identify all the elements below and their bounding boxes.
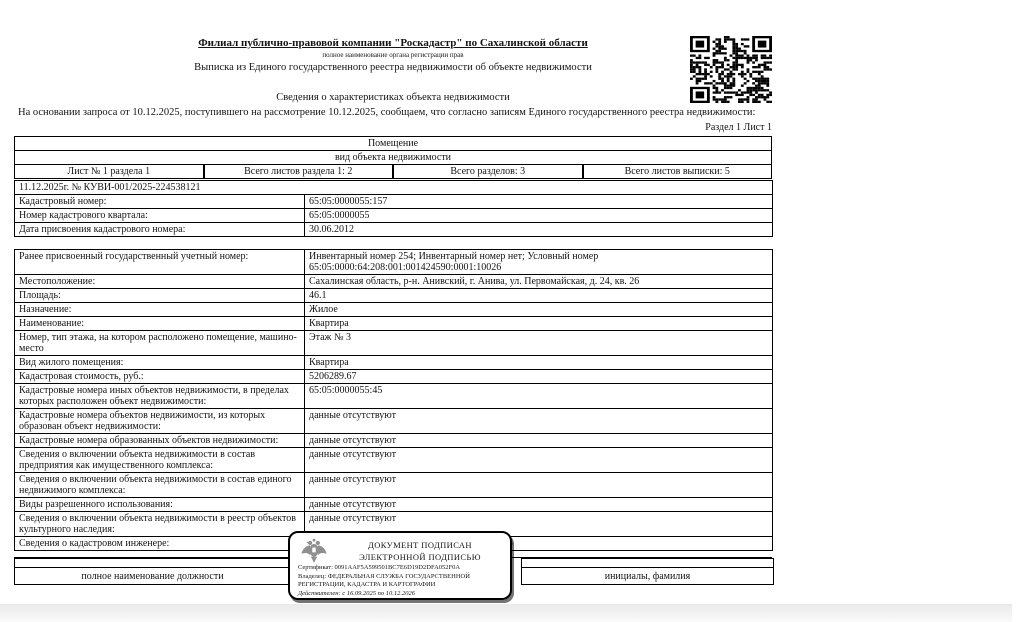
table-row: Номер, тип этажа, на котором расположено…: [15, 331, 773, 356]
table-row: Площадь:46.1: [15, 289, 773, 303]
row-value: Инвентарный номер 254; Инвентарный номер…: [305, 250, 773, 275]
row-label: Дата присвоения кадастрового номера:: [15, 223, 305, 237]
row-label: Кадастровые номера образованных объектов…: [15, 434, 305, 448]
row-label: Кадастровая стоимость, руб.:: [15, 370, 305, 384]
row-value: 46.1: [305, 289, 773, 303]
table-row: Кадастровые номера образованных объектов…: [15, 434, 773, 448]
table-row: Кадастровый номер:65:05:0000055:157: [15, 195, 773, 209]
row-value: данные отсутствуют: [305, 434, 773, 448]
table-row: Номер кадастрового квартала:65:05:000005…: [15, 209, 773, 223]
row-value: данные отсутствуют: [305, 409, 773, 434]
section-title: Сведения о характеристиках объекта недви…: [14, 92, 772, 103]
sheets-table: Лист № 1 раздела 1Всего листов раздела 1…: [14, 164, 772, 179]
row-value: Квартира: [305, 317, 773, 331]
position-title-box: полное наименование должности: [14, 558, 291, 585]
object-type-table: Помещение вид объекта недвижимости: [14, 136, 772, 165]
row-label: Номер кадастрового квартала:: [15, 209, 305, 223]
table-row: Лист № 1 раздела 1Всего листов раздела 1…: [14, 164, 772, 179]
row-value: Сахалинская область, р-н. Анивский, г. А…: [305, 275, 773, 289]
row-label: Сведения о включении объекта недвижимост…: [15, 473, 305, 498]
row-label: Кадастровые номера иных объектов недвижи…: [15, 384, 305, 409]
row-label: Сведения о кадастровом инженере:: [15, 537, 305, 551]
details-table: Ранее присвоенный государственный учетны…: [14, 249, 773, 551]
table-row: Назначение:Жилое: [15, 303, 773, 317]
row-label: Назначение:: [15, 303, 305, 317]
row-label: Кадастровые номера объектов недвижимости…: [15, 409, 305, 434]
row-label: Сведения о включении объекта недвижимост…: [15, 512, 305, 537]
row-value: данные отсутствуют: [305, 448, 773, 473]
row-value: 65:05:0000055: [305, 209, 773, 223]
document-page: Филиал публично-правовой компании "Роска…: [0, 0, 1023, 622]
stamp-owner: Владелец: ФЕДЕРАЛЬНАЯ СЛУЖБА ГОСУДАРСТВЕ…: [298, 573, 504, 590]
sheet-counter-cell: Лист № 1 раздела 1: [14, 164, 204, 179]
table-row: Кадастровая стоимость, руб.:5206289.67: [15, 370, 773, 384]
row-value: 30.06.2012: [305, 223, 773, 237]
initials-surname-box: инициалы, фамилия: [521, 558, 774, 585]
row-label: Площадь:: [15, 289, 305, 303]
object-type: Помещение: [15, 137, 772, 151]
row-value: Этаж № 3: [305, 331, 773, 356]
table-row: Сведения о включении объекта недвижимост…: [15, 448, 773, 473]
row-value: данные отсутствуют: [305, 498, 773, 512]
position-title-label: полное наименование должности: [14, 567, 291, 585]
row-value: Квартира: [305, 356, 773, 370]
qr-code-icon: [690, 36, 772, 103]
row-value: 5206289.67: [305, 370, 773, 384]
request-basis-line: На основании запроса от 10.12.2025, пост…: [18, 107, 778, 118]
document-title: Выписка из Единого государственного реес…: [14, 62, 772, 73]
table-row: 11.12.2025г. № КУВИ-001/2025-224538121: [15, 181, 773, 195]
sheet-counter-cell: Всего разделов: 3: [393, 164, 583, 179]
page-margin: [1012, 0, 1023, 622]
row-value: 65:05:0000055:45: [305, 384, 773, 409]
row-label: Кадастровый номер:: [15, 195, 305, 209]
org-name-note: полное наименование органа регистрации п…: [14, 51, 772, 59]
stamp-certificate: Сертификат: 0091AAF5A599501BC7E6D19D2DFA…: [298, 564, 504, 572]
object-type-note: вид объекта недвижимости: [15, 151, 772, 165]
row-label: Сведения о включении объекта недвижимост…: [15, 448, 305, 473]
stamp-validity: Действителен: с 16.09.2025 по 10.12.2026: [298, 590, 504, 598]
table-row: Ранее присвоенный государственный учетны…: [15, 250, 773, 275]
table-row: Кадастровые номера объектов недвижимости…: [15, 409, 773, 434]
doc-number: 11.12.2025г. № КУВИ-001/2025-224538121: [15, 181, 773, 195]
table-row: Сведения о включении объекта недвижимост…: [15, 473, 773, 498]
row-label: Вид жилого помещения:: [15, 356, 305, 370]
row-label: Номер, тип этажа, на котором расположено…: [15, 331, 305, 356]
section-sheet-label: Раздел 1 Лист 1: [14, 122, 772, 133]
stamp-title-line1: ДОКУМЕНТ ПОДПИСАН: [336, 540, 504, 550]
page-edge-shadow: [0, 604, 1012, 622]
table-row: Наименование:Квартира: [15, 317, 773, 331]
row-value: Жилое: [305, 303, 773, 317]
row-label: Местоположение:: [15, 275, 305, 289]
row-value: данные отсутствуют: [305, 473, 773, 498]
cadastral-table: 11.12.2025г. № КУВИ-001/2025-224538121 К…: [14, 180, 773, 237]
sheet-counter-cell: Всего листов выписки: 5: [583, 164, 773, 179]
sheet-counter-cell: Всего листов раздела 1: 2: [204, 164, 394, 179]
table-row: Помещение: [15, 137, 772, 151]
org-name: Филиал публично-правовой компании "Роска…: [14, 37, 772, 49]
coat-of-arms-eagle-icon: [299, 537, 329, 565]
row-label: Наименование:: [15, 317, 305, 331]
row-value: 65:05:0000055:157: [305, 195, 773, 209]
table-row: Виды разрешенного использования:данные о…: [15, 498, 773, 512]
initials-surname-label: инициалы, фамилия: [521, 567, 774, 585]
digital-signature-stamp: ДОКУМЕНТ ПОДПИСАН ЭЛЕКТРОННОЙ ПОДПИСЬЮ С…: [288, 531, 512, 600]
table-row: Вид жилого помещения:Квартира: [15, 356, 773, 370]
table-row: вид объекта недвижимости: [15, 151, 772, 165]
row-label: Виды разрешенного использования:: [15, 498, 305, 512]
stamp-title-line2: ЭЛЕКТРОННОЙ ПОДПИСЬЮ: [336, 552, 504, 562]
table-row: Дата присвоения кадастрового номера:30.0…: [15, 223, 773, 237]
row-label: Ранее присвоенный государственный учетны…: [15, 250, 305, 275]
table-row: Местоположение:Сахалинская область, р-н.…: [15, 275, 773, 289]
table-row: Кадастровые номера иных объектов недвижи…: [15, 384, 773, 409]
